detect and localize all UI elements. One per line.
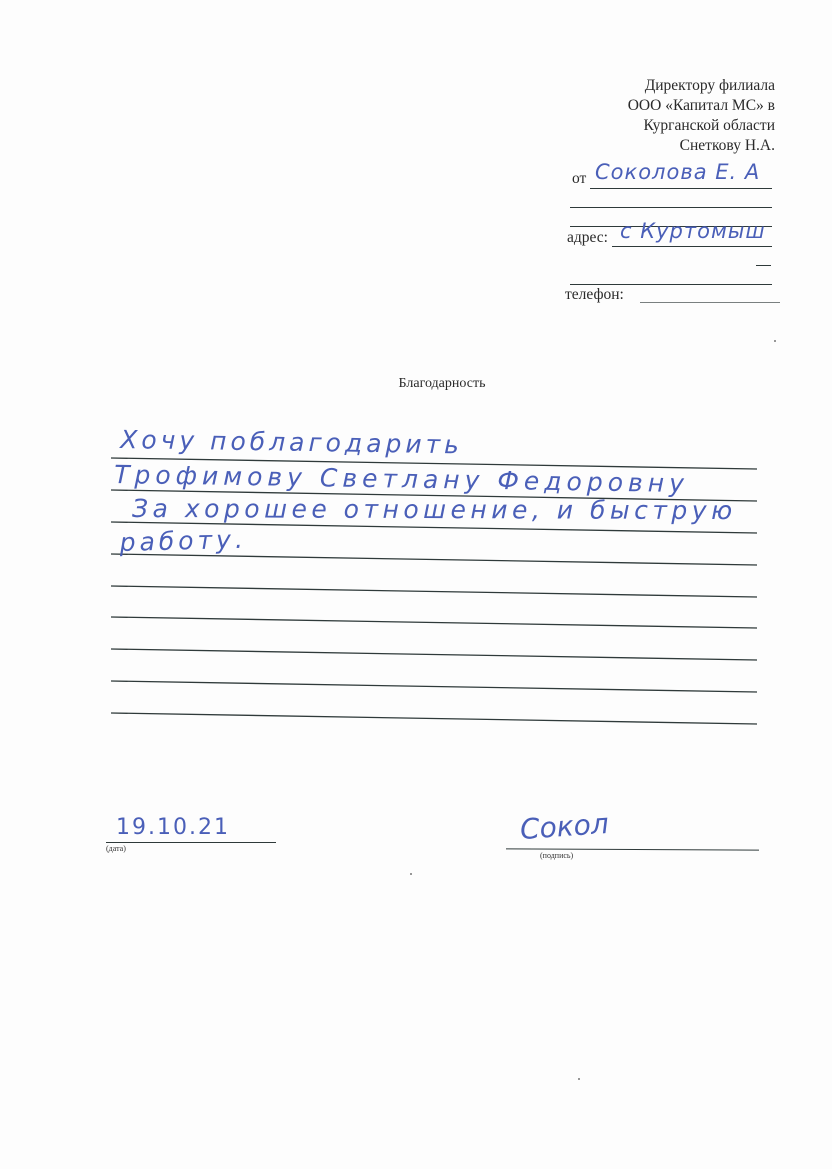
scan-speck [578, 1078, 580, 1080]
phone-label: телефон: [565, 286, 624, 304]
from-label: от [572, 170, 586, 188]
ruled-line [111, 649, 757, 660]
scan-speck [774, 340, 776, 342]
addressee-block: Директору филиала ООО «Капитал МС» в Кур… [628, 76, 775, 156]
address-underline [612, 246, 772, 247]
address-label: адрес: [567, 229, 608, 247]
body-line[interactable]: Хочу поблагодарить [120, 425, 463, 459]
signature-value[interactable]: Сокол [519, 807, 610, 846]
ruled-line [111, 586, 757, 597]
body-line[interactable]: работу. [119, 525, 247, 557]
body-line[interactable]: За хорошее отношение, и быструю [132, 494, 737, 525]
scan-speck [410, 873, 412, 875]
date-value[interactable]: 19.10.21 [116, 815, 230, 840]
ruled-line [111, 554, 757, 565]
date-caption: (дата) [106, 844, 126, 853]
ruled-line [111, 713, 757, 724]
addressee-line: Курганской области [628, 116, 775, 136]
document-page: Директору филиала ООО «Капитал МС» в Кур… [0, 0, 832, 1169]
from-underline [590, 188, 772, 189]
body-line[interactable]: Трофимову Светлану Федоровну [114, 460, 689, 498]
from-value[interactable]: Соколова Е. А [595, 160, 760, 184]
ruled-line [111, 617, 757, 628]
address-value[interactable]: с Куртомыш [620, 219, 766, 243]
addressee-line: ООО «Капитал МС» в [628, 96, 775, 116]
signature-caption: (подпись) [540, 851, 573, 860]
blank-rule [756, 265, 771, 266]
blank-rule [570, 207, 772, 208]
addressee-line: Снеткову Н.А. [628, 136, 775, 156]
date-underline [106, 842, 276, 843]
document-title: Благодарность [0, 376, 832, 392]
ruled-line [111, 681, 757, 692]
addressee-line: Директору филиала [628, 76, 775, 96]
phone-underline [640, 302, 780, 303]
